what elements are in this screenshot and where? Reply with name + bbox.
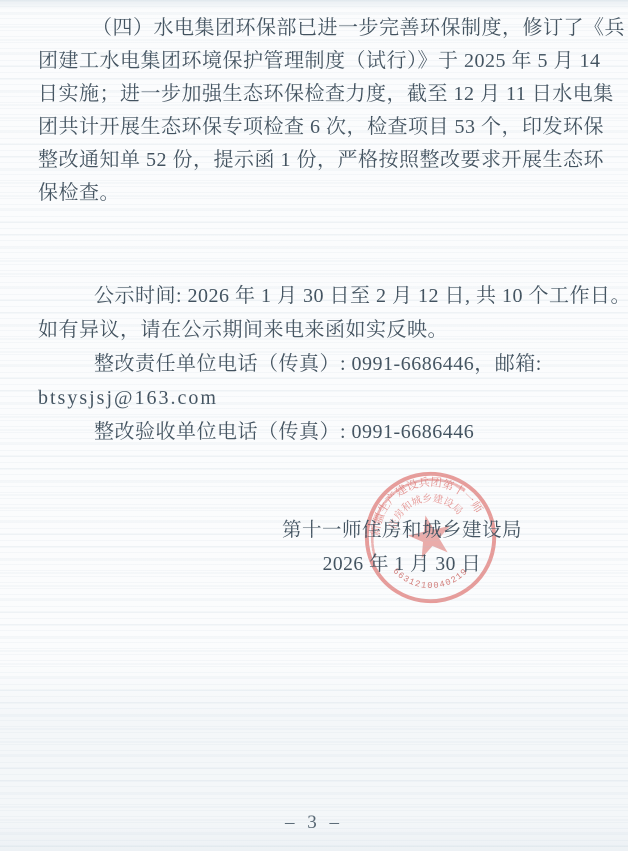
body-line: 公示时间: 2026 年 1 月 30 日至 2 月 12 日, 共 10 个工… xyxy=(94,283,628,309)
signature-block: 第十一师住房和城乡建设局 2026 年 1 月 30 日 xyxy=(276,514,528,582)
page-number: – 3 – xyxy=(0,812,628,834)
signature-date: 2026 年 1 月 30 日 xyxy=(276,548,528,582)
scanned-document-page: （四）水电集团环保部已进一步完善环保制度，修订了《兵 团建工水电集团环境保护管理… xyxy=(0,0,628,851)
body-line: 如有异议，请在公示期间来电来函如实反映。 xyxy=(38,317,448,343)
body-line: 整改责任单位电话（传真）: 0991-6686446，邮箱: xyxy=(94,351,542,377)
email-line: btsysjsj@163.com xyxy=(38,385,218,411)
body-line: （四）水电集团环保部已进一步完善环保制度，修订了《兵 xyxy=(92,15,625,41)
body-line: 保检查。 xyxy=(38,180,120,206)
body-line: 日实施；进一步加强生态环保检查力度，截至 12 月 11 日水电集 xyxy=(38,81,614,107)
body-line: 整改验收单位电话（传真）: 0991-6686446 xyxy=(94,419,474,445)
signature-organization: 第十一师住房和城乡建设局 xyxy=(276,514,528,548)
body-line: 团共计开展生态环保专项检查 6 次，检查项目 53 个，印发环保 xyxy=(38,114,604,140)
body-line: 团建工水电集团环境保护管理制度（试行）》于 2025 年 5 月 14 xyxy=(38,48,601,74)
body-line: 整改通知单 52 份，提示函 1 份，严格按照整改要求开展生态环 xyxy=(38,147,604,173)
